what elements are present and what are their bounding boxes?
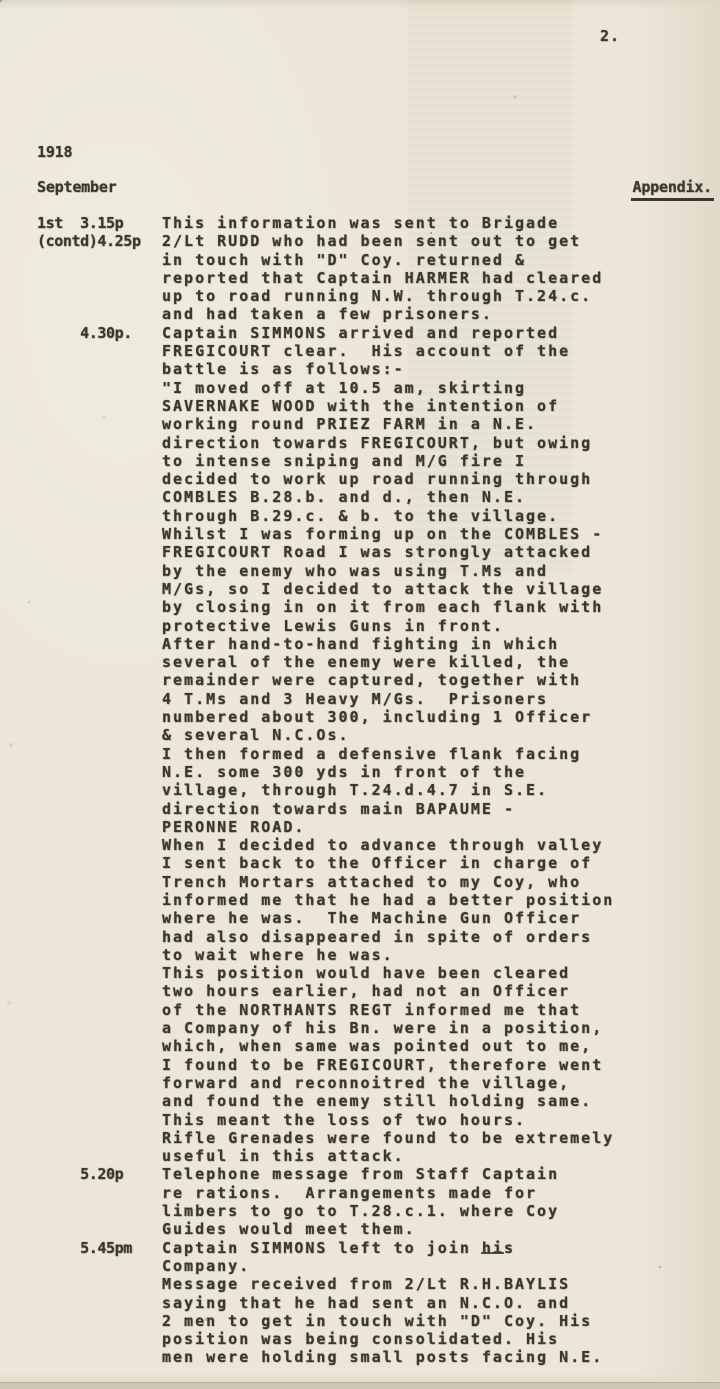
month-label: September [37, 178, 116, 197]
diary-line: I sent back to the Officer in charge of [162, 854, 714, 872]
diary-line: 2/Lt RUDD who had been sent out to get [162, 232, 714, 250]
page-number: 2. [600, 27, 620, 45]
diary-entry: 5.20pTelephone message from Staff Captai… [37, 1165, 714, 1238]
entry-body: Telephone message from Staff Captainre r… [162, 1165, 714, 1238]
diary-line: forward and reconnoitred the village, [162, 1074, 714, 1092]
year-label: 1918 [37, 143, 714, 162]
diary-content: 1918 September Appendix. 1st 3.15pThis i… [0, 143, 720, 1367]
diary-entry: 5.45pmCaptain SIMMONS left to join hisCo… [37, 1239, 714, 1367]
diary-line: FREGICOURT Road I was strongly attacked [162, 543, 714, 561]
header-row: September Appendix. [37, 178, 714, 201]
diary-line: I found to be FREGICOURT, therefore went [162, 1056, 714, 1074]
diary-line: of the NORTHANTS REGT informed me that [162, 1001, 714, 1019]
ink-specks [0, 0, 2, 2]
diary-line: FREGICOURT clear. His account of the [162, 342, 714, 360]
diary-line: Message received from 2/Lt R.H.BAYLIS [162, 1275, 714, 1293]
diary-line: saying that he had sent an N.C.O. and [162, 1294, 714, 1312]
diary-line: M/Gs, so I decided to attack the village [162, 580, 714, 598]
diary-line: through B.29.c. & b. to the village. [162, 507, 714, 525]
diary-line: Rifle Grenades were found to be extremel… [162, 1129, 714, 1147]
diary-line: remainder were captured, together with [162, 671, 714, 689]
entry-time-label: 1st 3.15p [37, 214, 162, 232]
diary-line: Whilst I was forming up on the COMBLES - [162, 525, 714, 543]
diary-line: direction towards main BAPAUME - [162, 800, 714, 818]
diary-line: limbers to go to T.28.c.1. where Coy [162, 1202, 714, 1220]
diary-line: This position would have been cleared [162, 964, 714, 982]
diary-line: Guides would meet them. [162, 1220, 714, 1238]
diary-line: in touch with "D" Coy. returned & [162, 251, 714, 269]
diary-line: "I moved off at 10.5 am, skirting [162, 379, 714, 397]
diary-entry: (contd)4.25p2/Lt RUDD who had been sent … [37, 232, 714, 323]
diary-line: I then formed a defensive flank facing [162, 745, 714, 763]
diary-line: and found the enemy still holding same. [162, 1092, 714, 1110]
diary-line: and had taken a few prisoners. [162, 305, 714, 323]
diary-line: informed me that he had a better positio… [162, 891, 714, 909]
diary-line: Telephone message from Staff Captain [162, 1165, 714, 1183]
diary-line: to intense sniping and M/G fire I [162, 452, 714, 470]
diary-line: decided to work up road running through [162, 470, 714, 488]
diary-line: to wait where he was. [162, 946, 714, 964]
diary-line: After hand-to-hand fighting in which [162, 635, 714, 653]
diary-line: numbered about 300, including 1 Officer [162, 708, 714, 726]
diary-line: Captain SIMMONS left to join his [162, 1239, 714, 1257]
entry-time-label: 5.45pm [37, 1239, 162, 1367]
diary-line: When I decided to advance through valley [162, 836, 714, 854]
diary-line: where he was. The Machine Gun Officer [162, 909, 714, 927]
diary-line: 4 T.Ms and 3 Heavy M/Gs. Prisoners [162, 690, 714, 708]
diary-line: position was being consolidated. His [162, 1330, 714, 1348]
bottom-edge-shadow [0, 1382, 720, 1389]
diary-line: had also disappeared in spite of orders [162, 928, 714, 946]
diary-line: & several N.C.Os. [162, 726, 714, 744]
diary-line: by closing in on it from each flank with [162, 598, 714, 616]
diary-line: This information was sent to Brigade [162, 214, 714, 232]
diary-line: Trench Mortars attached to my Coy, who [162, 873, 714, 891]
diary-line: several of the enemy were killed, the [162, 653, 714, 671]
diary-line: 2 men to get in touch with "D" Coy. His [162, 1312, 714, 1330]
entry-body: This information was sent to Brigade [162, 214, 714, 232]
diary-line: direction towards FREGICOURT, but owing [162, 434, 714, 452]
entries: 1st 3.15pThis information was sent to Br… [37, 214, 714, 1367]
diary-line: by the enemy who was using T.Ms and [162, 562, 714, 580]
diary-line: N.E. some 300 yds in front of the [162, 763, 714, 781]
diary-line: re rations. Arrangements made for [162, 1184, 714, 1202]
entry-body: Captain SIMMONS left to join hisCompany.… [162, 1239, 714, 1367]
diary-line: up to road running N.W. through T.24.c. [162, 287, 714, 305]
diary-line: village, through T.24.d.4.7 in S.E. [162, 781, 714, 799]
diary-line: Captain SIMMONS arrived and reported [162, 324, 714, 342]
diary-line: PERONNE ROAD. [162, 818, 714, 836]
diary-line: This meant the loss of two hours. [162, 1111, 714, 1129]
diary-line: useful in this attack. [162, 1147, 714, 1165]
entry-body: 2/Lt RUDD who had been sent out to getin… [162, 232, 714, 323]
diary-line: working round PRIEZ FARM in a N.E. [162, 415, 714, 433]
diary-line: Company. [162, 1257, 714, 1275]
stray-underline-mark [481, 1252, 504, 1254]
entry-body: Captain SIMMONS arrived and reportedFREG… [162, 324, 714, 1166]
entry-time-label: 4.30p. [37, 324, 162, 1166]
appendix-label: Appendix. [631, 178, 714, 201]
diary-line: SAVERNAKE WOOD with the intention of [162, 397, 714, 415]
entry-time-label: (contd)4.25p [37, 232, 162, 323]
entry-time-label: 5.20p [37, 1165, 162, 1238]
document-page: { "page": { "page_number": "2.", "year":… [0, 0, 720, 1389]
diary-line: a Company of his Bn. were in a position, [162, 1019, 714, 1037]
diary-line: which, when same was pointed out to me, [162, 1037, 714, 1055]
diary-line: two hours earlier, had not an Officer [162, 982, 714, 1000]
diary-line: COMBLES B.28.b. and d., then N.E. [162, 488, 714, 506]
diary-line: battle is as follows:- [162, 360, 714, 378]
diary-entry: 4.30p.Captain SIMMONS arrived and report… [37, 324, 714, 1166]
diary-line: protective Lewis Guns in front. [162, 617, 714, 635]
diary-line: men were holding small posts facing N.E. [162, 1348, 714, 1366]
diary-line: reported that Captain HARMER had cleared [162, 269, 714, 287]
diary-entry: 1st 3.15pThis information was sent to Br… [37, 214, 714, 232]
